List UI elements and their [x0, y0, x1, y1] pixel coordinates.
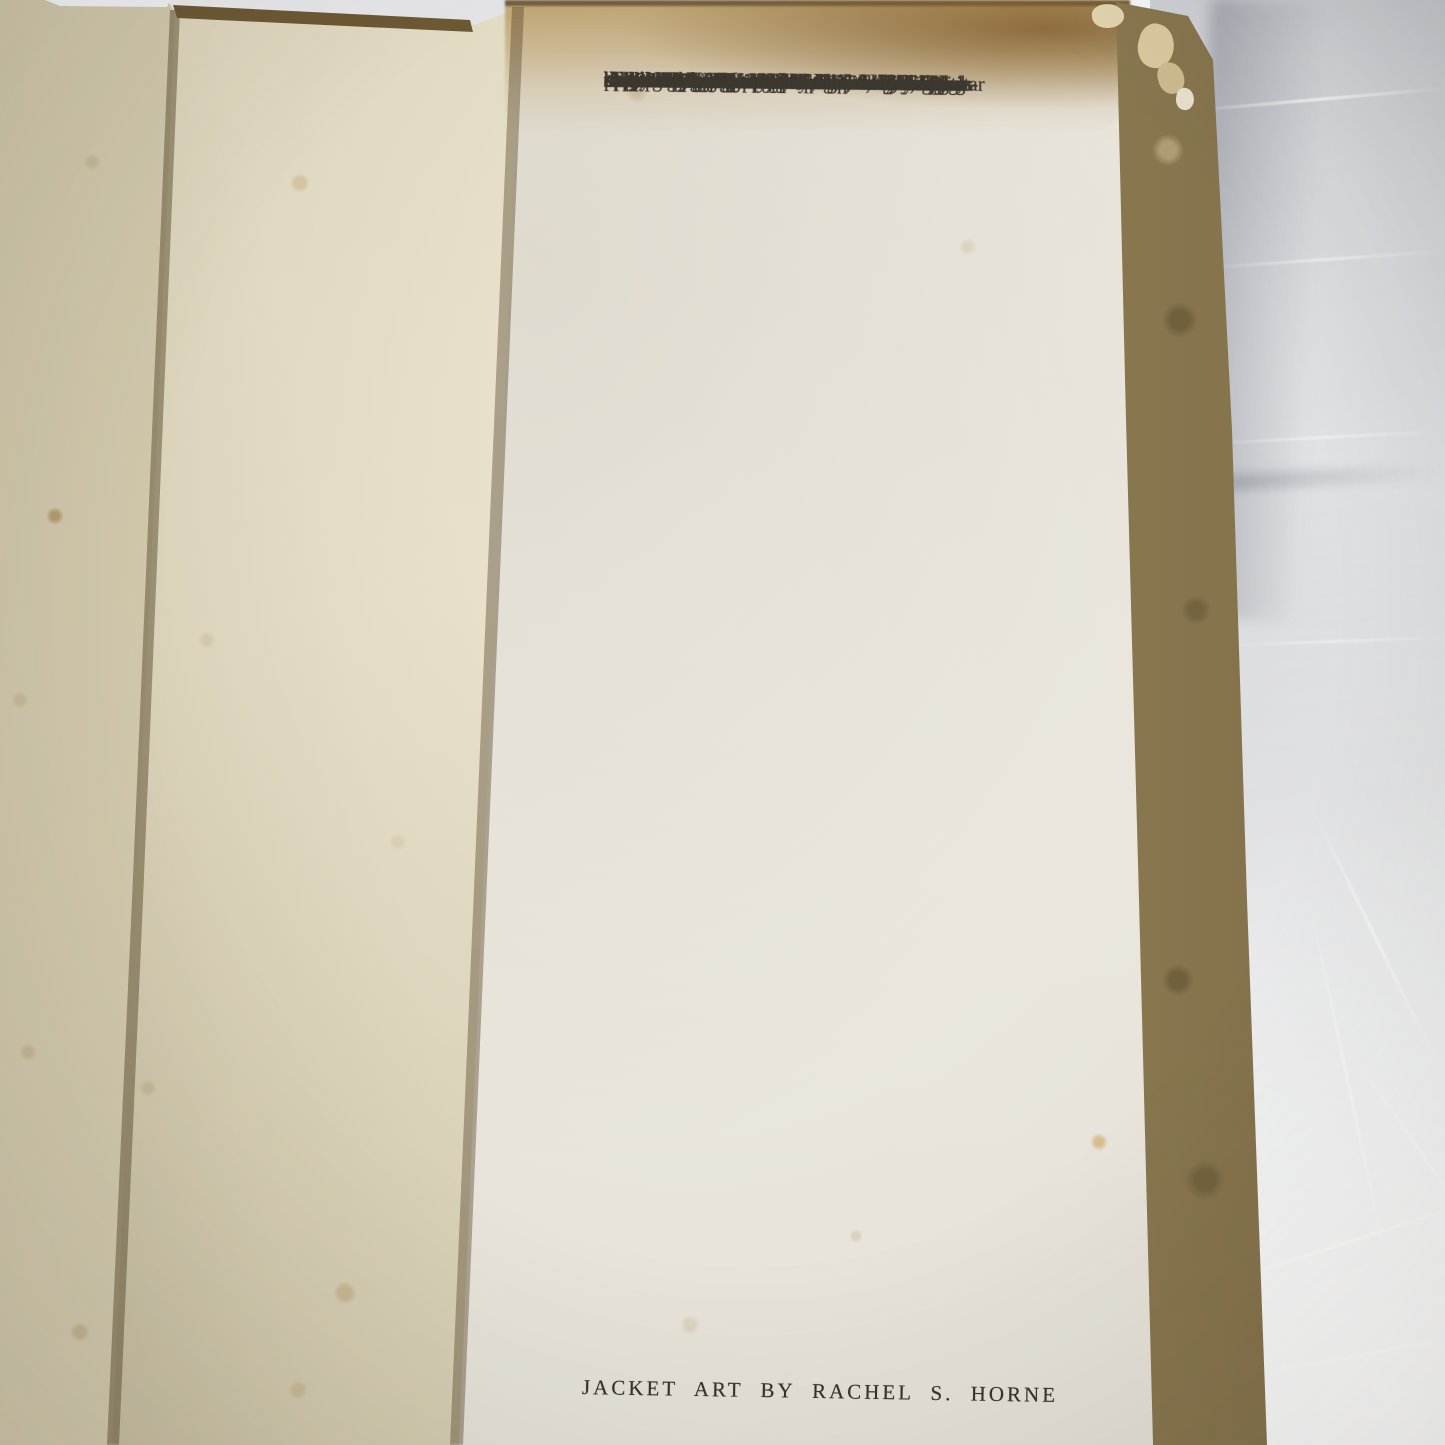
flap-top-stain: [505, 0, 1130, 132]
book-flap-photo: continued from front flap and sex life o…: [0, 0, 1445, 1445]
flap-text-line: noted are books of general interest.: [604, 68, 901, 98]
plastic-wrinkle: [1308, 801, 1442, 1072]
plastic-wrinkle: [1215, 636, 1445, 647]
